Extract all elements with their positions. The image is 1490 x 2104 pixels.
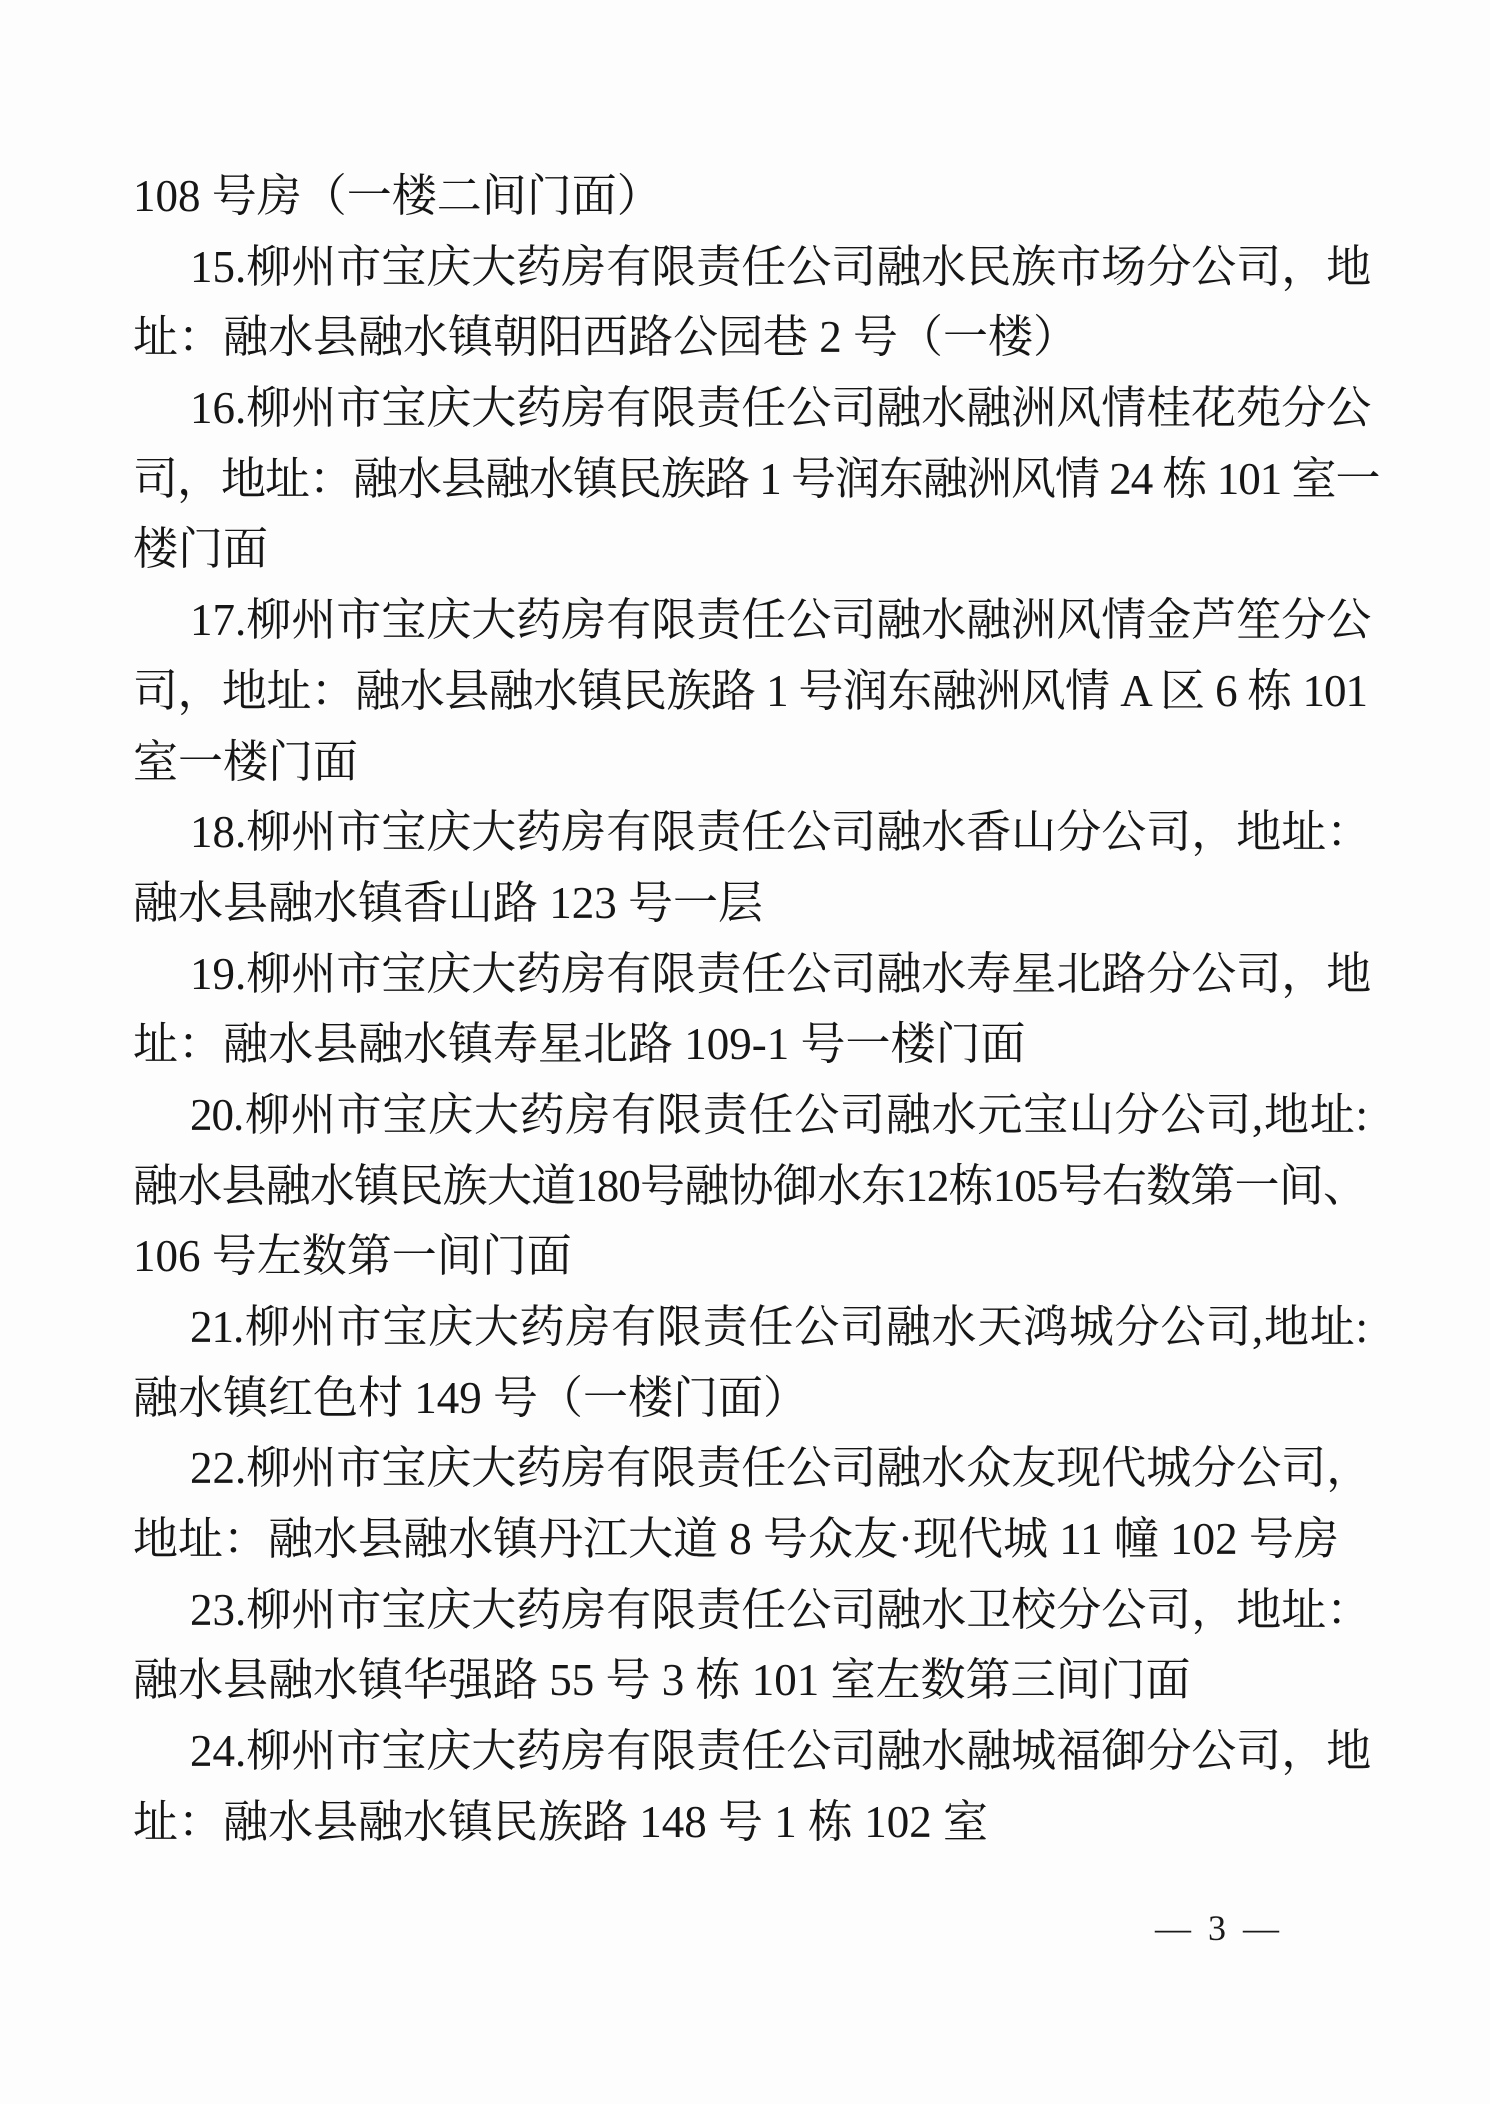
document-line: 15.柳州市宝庆大药房有限责任公司融水民族市场分公司，地	[133, 232, 1367, 303]
document-line: 融水县融水镇民族大道180号融协御水东12栋105号右数第一间、	[133, 1151, 1367, 1222]
document-line: 楼门面	[133, 514, 1367, 585]
document-line: 19.柳州市宝庆大药房有限责任公司融水寿星北路分公司，地	[133, 939, 1367, 1010]
document-line: 融水镇红色村 149 号（一楼门面）	[133, 1363, 1367, 1434]
document-line: 址：融水县融水镇民族路 148 号 1 栋 102 室	[133, 1787, 1367, 1858]
document-line: 融水县融水镇香山路 123 号一层	[133, 868, 1367, 939]
document-line: 址：融水县融水镇朝阳西路公园巷 2 号（一楼）	[133, 302, 1367, 373]
document-line: 23.柳州市宝庆大药房有限责任公司融水卫校分公司，地址：	[133, 1575, 1367, 1646]
document-line: 106 号左数第一间门面	[133, 1221, 1367, 1292]
page-number: — 3 —	[1155, 1898, 1375, 1958]
document-line: 融水县融水镇华强路 55 号 3 栋 101 室左数第三间门面	[133, 1645, 1367, 1716]
document-line: 18.柳州市宝庆大药房有限责任公司融水香山分公司，地址：	[133, 797, 1367, 868]
document-line: 20.柳州市宝庆大药房有限责任公司融水元宝山分公司,地址:	[133, 1080, 1367, 1151]
document-line: 司，地址：融水县融水镇民族路 1 号润东融洲风情 A 区 6 栋 101	[133, 656, 1367, 727]
document-line: 室一楼门面	[133, 727, 1367, 798]
document-line: 地址：融水县融水镇丹江大道 8 号众友·现代城 11 幢 102 号房	[133, 1504, 1367, 1575]
document-body: 108 号房（一楼二间门面） 15.柳州市宝庆大药房有限责任公司融水民族市场分公…	[133, 161, 1367, 1858]
document-line: 22.柳州市宝庆大药房有限责任公司融水众友现代城分公司，	[133, 1433, 1367, 1504]
scanned-page: { "document": { "lines": [ { "text": "10…	[0, 0, 1490, 2104]
document-line: 司，地址：融水县融水镇民族路 1 号润东融洲风情 24 栋 101 室一	[133, 444, 1367, 515]
document-line: 108 号房（一楼二间门面）	[133, 161, 1367, 232]
document-line: 24.柳州市宝庆大药房有限责任公司融水融城福御分公司，地	[133, 1716, 1367, 1787]
document-line: 16.柳州市宝庆大药房有限责任公司融水融洲风情桂花苑分公	[133, 373, 1367, 444]
document-line: 21.柳州市宝庆大药房有限责任公司融水天鸿城分公司,地址:	[133, 1292, 1367, 1363]
document-line: 址：融水县融水镇寿星北路 109-1 号一楼门面	[133, 1009, 1367, 1080]
document-line: 17.柳州市宝庆大药房有限责任公司融水融洲风情金芦笙分公	[133, 585, 1367, 656]
